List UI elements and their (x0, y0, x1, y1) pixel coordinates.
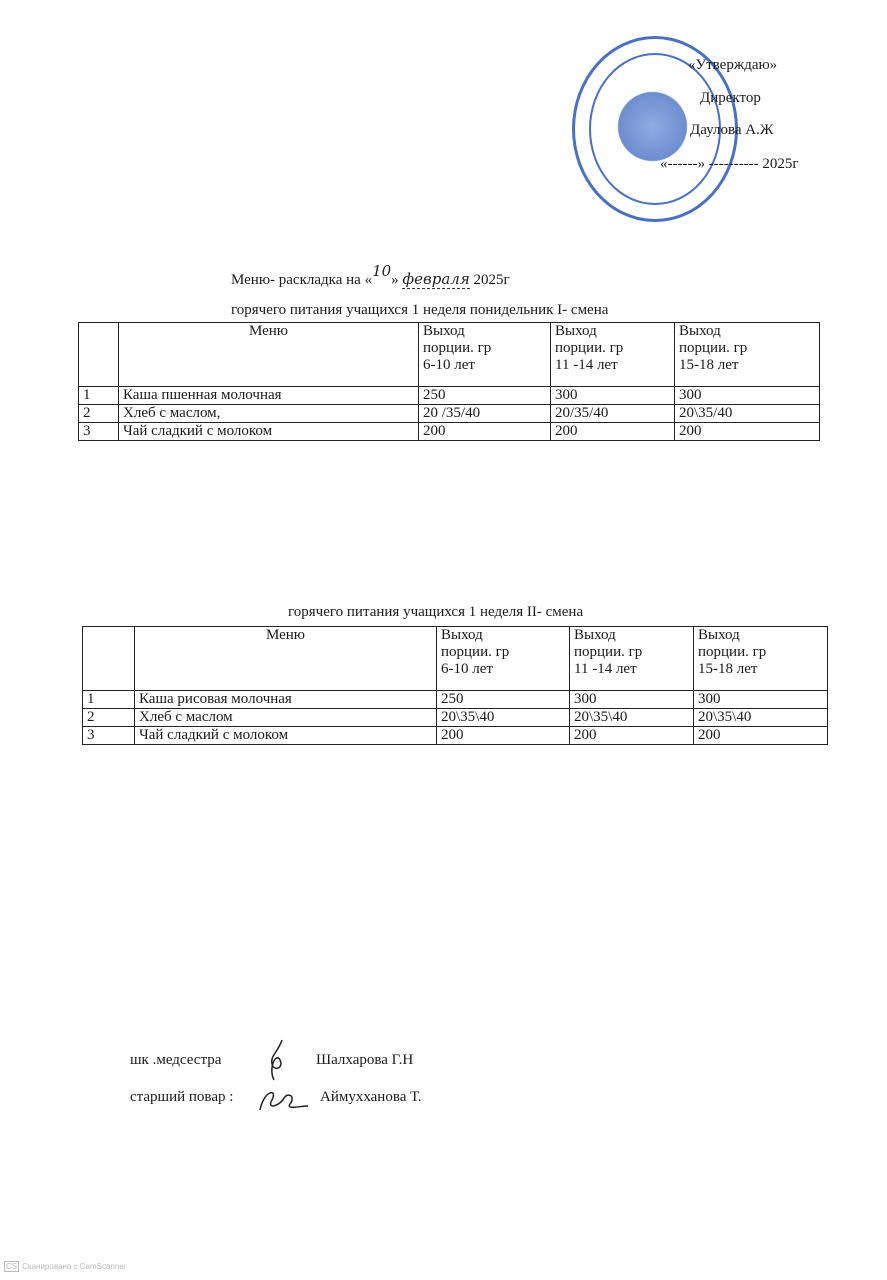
portion-11-14: 20\35\40 (570, 709, 694, 727)
row-number: 2 (83, 709, 135, 727)
row-number: 3 (79, 423, 119, 441)
portion-15-18: 300 (675, 387, 820, 405)
header-number (83, 627, 135, 691)
table-row: 2 Хлеб с маслом, 20 /35/40 20/35/40 20\3… (79, 405, 820, 423)
header-age-15-18: Выходпорции. гр15-18 лет (694, 627, 828, 691)
approval-title: «Утверждаю» (688, 58, 777, 73)
approval-position: Директор (700, 91, 761, 106)
nurse-name: Шалхарова Г.Н (316, 1052, 413, 1069)
portion-6-10: 200 (419, 423, 551, 441)
scanner-watermark: CSСканировано с CamScanner (4, 1262, 126, 1271)
row-number: 1 (83, 691, 135, 709)
date-day: 10 (372, 262, 391, 280)
portion-11-14: 200 (570, 727, 694, 745)
portion-15-18: 20\35/40 (675, 405, 820, 423)
header-age-11-14: Выходпорции. гр 11 -14 лет (570, 627, 694, 691)
nurse-signature-icon (260, 1038, 296, 1084)
portion-6-10: 200 (437, 727, 570, 745)
subtitle-shift-2: горячего питания учащихся 1 неделя II- с… (288, 604, 583, 621)
cook-signature-icon (256, 1084, 312, 1114)
dish-name: Хлеб с маслом, (119, 405, 419, 423)
header-age-11-14: Выходпорции. гр 11 -14 лет (551, 323, 675, 387)
menu-table-shift-1: Меню Выходпорции. гр6-10 лет Выходпорции… (78, 322, 820, 441)
row-number: 2 (79, 405, 119, 423)
menu-table-shift-2: Меню Выходпорции. гр6-10 лет Выходпорции… (82, 626, 828, 745)
portion-11-14: 20/35/40 (551, 405, 675, 423)
document-title: Меню- раскладка на «10» февраля 2025г (231, 270, 510, 289)
dish-name: Каша пшенная молочная (119, 387, 419, 405)
portion-6-10: 250 (419, 387, 551, 405)
header-menu: Меню (135, 627, 437, 691)
header-number (79, 323, 119, 387)
header-age-15-18: Выходпорции. гр15-18 лет (675, 323, 820, 387)
portion-15-18: 300 (694, 691, 828, 709)
table-row: 3 Чай сладкий с молоком 200 200 200 (83, 727, 828, 745)
table-row: 1 Каша рисовая молочная 250 300 300 (83, 691, 828, 709)
approval-name: Даулова А.Ж (690, 123, 773, 138)
portion-15-18: 200 (694, 727, 828, 745)
date-year: 2025г (474, 272, 510, 288)
row-number: 1 (79, 387, 119, 405)
cook-name: Аймухханова Т. (320, 1089, 422, 1106)
cs-logo-icon: CS (4, 1261, 19, 1272)
dish-name: Хлеб с маслом (135, 709, 437, 727)
subtitle-shift-1: горячего питания учащихся 1 неделя понид… (231, 302, 608, 319)
table-row: 2 Хлеб с маслом 20\35\40 20\35\40 20\35\… (83, 709, 828, 727)
row-number: 3 (83, 727, 135, 745)
approval-date: «------» ---------- 2025г (660, 157, 799, 172)
dish-name: Каша рисовая молочная (135, 691, 437, 709)
table-header-row: Меню Выходпорции. гр6-10 лет Выходпорции… (79, 323, 820, 387)
portion-15-18: 200 (675, 423, 820, 441)
dish-name: Чай сладкий с молоком (119, 423, 419, 441)
table-row: 1 Каша пшенная молочная 250 300 300 (79, 387, 820, 405)
portion-11-14: 300 (551, 387, 675, 405)
header-age-6-10: Выходпорции. гр6-10 лет (419, 323, 551, 387)
header-menu: Меню (119, 323, 419, 387)
header-age-6-10: Выходпорции. гр6-10 лет (437, 627, 570, 691)
table-header-row: Меню Выходпорции. гр6-10 лет Выходпорции… (83, 627, 828, 691)
portion-6-10: 250 (437, 691, 570, 709)
portion-15-18: 20\35\40 (694, 709, 828, 727)
dish-name: Чай сладкий с молоком (135, 727, 437, 745)
portion-6-10: 20\35\40 (437, 709, 570, 727)
date-month: февраля (402, 270, 469, 289)
nurse-role: шк .медсестра (130, 1052, 221, 1069)
cook-role: старший повар : (130, 1089, 233, 1106)
portion-6-10: 20 /35/40 (419, 405, 551, 423)
table-row: 3 Чай сладкий с молоком 200 200 200 (79, 423, 820, 441)
title-prefix: Меню- раскладка на (231, 272, 361, 288)
portion-11-14: 300 (570, 691, 694, 709)
portion-11-14: 200 (551, 423, 675, 441)
